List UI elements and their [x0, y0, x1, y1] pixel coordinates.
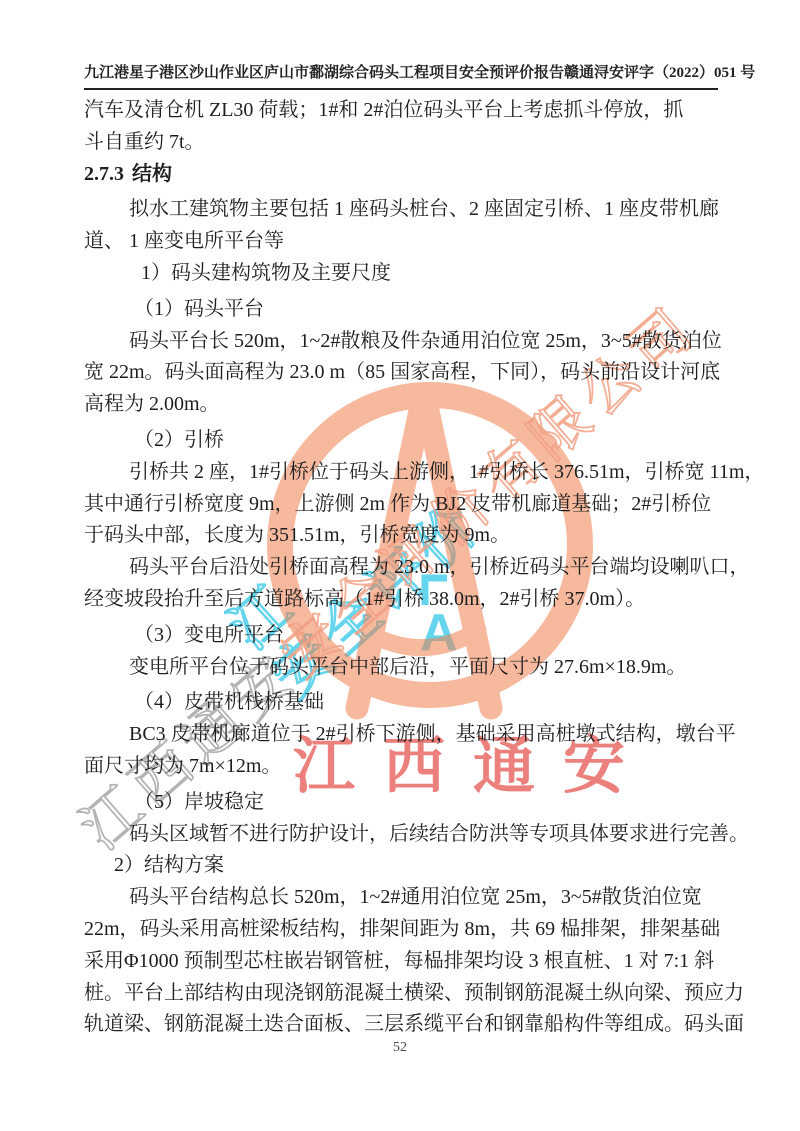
body-line: 变电所平台位于码头平台中部后沿，平面尺寸为 27.6m×18.9m。: [84, 652, 730, 684]
body-line: 轨道梁、钢筋混凝土迭合面板、三层系缆平台和钢靠船构件等组成。码头面: [84, 1009, 730, 1041]
section-heading-number: 2.7.3: [84, 163, 124, 185]
body-line: 采用Φ1000 预制型芯柱嵌岩钢管桩，每榀排架均设 3 根直桩、1 对 7:1 …: [84, 946, 730, 978]
body-line: 码头平台结构总长 520m，1~2#通用泊位宽 25m，3~5#散货泊位宽: [84, 882, 730, 914]
body-line: 道、 1 座变电所平台等: [84, 226, 730, 258]
body-line: 引桥共 2 座，1#引桥位于码头上游侧，1#引桥长 376.51m，引桥宽 11…: [84, 457, 730, 489]
header-report-title: 九江港星子港区沙山作业区庐山市鄱湖综合码头工程项目安全预评价报告: [84, 61, 564, 82]
body-line: 拟水工建筑物主要包括 1 座码头桩台、2 座固定引桥、1 座皮带机廊: [84, 194, 730, 226]
body-line: 宽 22m。码头面高程为 23.0 m（85 国家高程，下同），码头前沿设计河底: [84, 357, 730, 389]
page-number: 52: [0, 1040, 800, 1056]
body-line: 22m，码头采用高桩梁板结构，排架间距为 8m，共 69 榀排架，排架基础: [84, 914, 730, 946]
body-line: 面尺寸均为 7m×12m。: [84, 751, 730, 783]
body-line: 经变坡段抬升至后方道路标高（1#引桥 38.0m，2#引桥 37.0m）。: [84, 584, 730, 616]
body-line: BC3 皮带机廊道位于 2#引桥下游侧，基础采用高桩墩式结构，墩台平: [84, 719, 730, 751]
body-line: （2）引桥: [84, 425, 730, 457]
document-page: 江 安全评价 A 江西通安安全评价有限公司 江西通安 九江港星子港区沙山作业区庐…: [0, 0, 800, 1131]
body-line: 斗自重约 7t。: [84, 127, 730, 159]
body-line: 1）码头建构筑物及主要尺度: [84, 258, 730, 290]
body-line: 高程为 2.00m。: [84, 389, 730, 421]
body-line: （4）皮带机栈桥基础: [84, 687, 730, 719]
body-line: 桩。平台上部结构由现浇钢筋混凝土横梁、预制钢筋混凝土纵向梁、预应力: [84, 978, 730, 1010]
body-line: 其中通行引桥宽度 9m，上游侧 2m 作为 BJ2 皮带机廊道基础；2#引桥位: [84, 489, 730, 521]
body-line: 码头区域暂不进行防护设计，后续结合防洪等专项具体要求进行完善。: [84, 819, 730, 851]
body-line: （3）变电所平台: [84, 620, 730, 652]
section-heading: 2.7.3结构: [84, 159, 730, 191]
page-header: 九江港星子港区沙山作业区庐山市鄱湖综合码头工程项目安全预评价报告 赣通浔安评字（…: [84, 61, 718, 90]
body-line: （5）岸坡稳定: [84, 787, 730, 819]
section-heading-title: 结构: [132, 163, 172, 185]
body-text: 汽车及清仓机 ZL30 荷载；1#和 2#泊位码头平台上考虑抓斗停放，抓斗自重约…: [84, 95, 730, 1041]
body-line: 2）结构方案: [84, 850, 730, 882]
body-line: 码头平台后沿处引桥面高程为 23.0 m，引桥近码头平台端均设喇叭口，: [84, 552, 730, 584]
header-doc-number: 赣通浔安评字（2022）051 号: [564, 61, 755, 82]
body-line: （1）码头平台: [84, 294, 730, 326]
body-line: 汽车及清仓机 ZL30 荷载；1#和 2#泊位码头平台上考虑抓斗停放，抓: [84, 95, 730, 127]
body-line: 码头平台长 520m，1~2#散粮及件杂通用泊位宽 25m，3~5#散货泊位: [84, 326, 730, 358]
body-line: 于码头中部，长度为 351.51m，引桥宽度为 9m。: [84, 520, 730, 552]
